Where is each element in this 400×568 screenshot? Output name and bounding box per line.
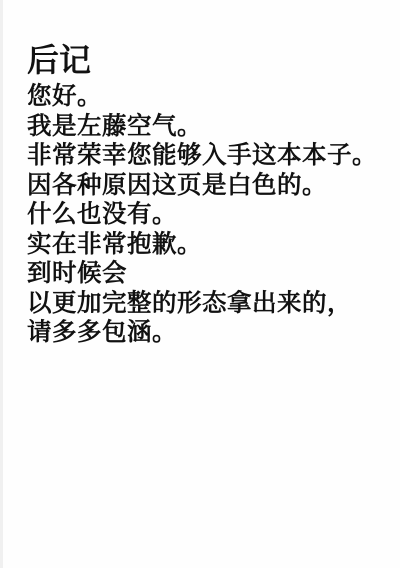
- text-line: 实在非常抱歉。: [27, 229, 377, 259]
- text-line: 您好。: [27, 81, 377, 111]
- text-line: 我是左藤空气。: [27, 111, 377, 141]
- text-line: 什么也没有。: [27, 199, 377, 229]
- afterword-body: 您好。 我是左藤空气。 非常荣幸您能够入手这本本子。 因各种原因这页是白色的。 …: [27, 81, 377, 347]
- text-line: 以更加完整的形态拿出来的，: [27, 288, 377, 318]
- text-line: 到时候会: [27, 258, 377, 288]
- page-edge: [0, 0, 3, 568]
- text-line: 因各种原因这页是白色的。: [27, 170, 377, 200]
- text-line: 请多多包涵。: [27, 317, 377, 347]
- page-title: 后记: [27, 40, 91, 80]
- afterword-page: 后记 您好。 我是左藤空气。 非常荣幸您能够入手这本本子。 因各种原因这页是白色…: [0, 0, 400, 568]
- text-line: 非常荣幸您能够入手这本本子。: [27, 140, 377, 170]
